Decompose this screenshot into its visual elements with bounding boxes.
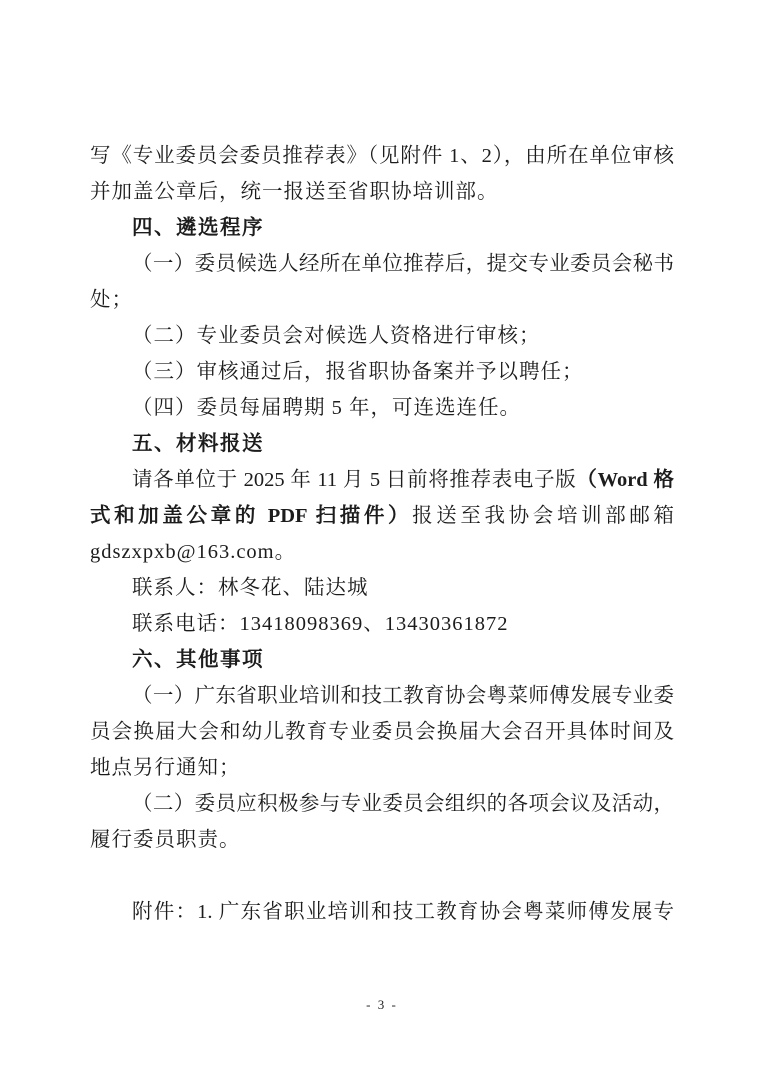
text-run: 请各单位于 2025 年 11 月 5 日前将推荐表电子版 (132, 469, 576, 491)
contact-phone-line: 联系电话：13418098369、13430361872 (90, 606, 674, 642)
text-line: （一）广东省职业培训和技工教育协会粤菜师傅发展专业委 (90, 678, 674, 714)
text-run: 写《专业委员会委员推荐表》（见附件 1、2），由所在单位审核 (90, 145, 674, 167)
text-run: （二）专业委员会对候选人资格进行审核； (132, 325, 541, 347)
text-run: 附件：1. 广东省职业培训和技工教育协会粤菜师傅发展专 (132, 901, 674, 923)
text-run: 履行委员职责。 (90, 829, 241, 851)
text-run: 并加盖公章后，统一报送至省职协培训部。 (90, 181, 499, 203)
text-line: （二）委员应积极参与专业委员会组织的各项会议及活动， (90, 786, 674, 822)
section-heading-4: 四、遴选程序 (90, 210, 674, 246)
text-run: gdszxpxb@163.com。 (90, 541, 296, 563)
text-line: 请各单位于 2025 年 11 月 5 日前将推荐表电子版（Word 格 (90, 462, 674, 498)
text-run: 地点另行通知； (90, 757, 241, 779)
contact-person-line: 联系人：林冬花、陆达城 (90, 570, 674, 606)
document-page: 写《专业委员会委员推荐表》（见附件 1、2），由所在单位审核并加盖公章后，统一报… (0, 0, 764, 1080)
text-run: （Word 格 (576, 469, 674, 491)
email-line: gdszxpxb@163.com。 (90, 534, 674, 570)
section-heading-6: 六、其他事项 (90, 642, 674, 678)
text-run: 联系人：林冬花、陆达城 (132, 577, 369, 599)
text-run: （二）委员应积极参与专业委员会组织的各项会议及活动， (132, 793, 674, 815)
text-run: 式和加盖公章的 PDF 扫描件） (90, 505, 412, 527)
page-number: - 3 - (0, 997, 764, 1013)
text-line: （二）专业委员会对候选人资格进行审核； (90, 318, 674, 354)
text-run: （一）委员候选人经所在单位推荐后，提交专业委员会秘书 (132, 253, 674, 275)
text-line: 写《专业委员会委员推荐表》（见附件 1、2），由所在单位审核 (90, 138, 674, 174)
text-run: （四）委员每届聘期 5 年，可连选连任。 (132, 397, 521, 419)
text-run: 联系电话：13418098369、13430361872 (132, 613, 509, 635)
document-body: 写《专业委员会委员推荐表》（见附件 1、2），由所在单位审核并加盖公章后，统一报… (90, 138, 674, 930)
text-run: 六、其他事项 (132, 648, 264, 671)
blank-line (90, 858, 674, 894)
text-line: （三）审核通过后，报省职协备案并予以聘任； (90, 354, 674, 390)
text-line: 履行委员职责。 (90, 822, 674, 858)
text-line: 地点另行通知； (90, 750, 674, 786)
text-line: 并加盖公章后，统一报送至省职协培训部。 (90, 174, 674, 210)
text-line: （一）委员候选人经所在单位推荐后，提交专业委员会秘书 (90, 246, 674, 282)
text-run: 报送至我协会培训部邮箱 (412, 505, 674, 527)
text-run: （三）审核通过后，报省职协备案并予以聘任； (132, 361, 584, 383)
text-line: 处； (90, 282, 674, 318)
text-line: 员会换届大会和幼儿教育专业委员会换届大会召开具体时间及 (90, 714, 674, 750)
text-line: （四）委员每届聘期 5 年，可连选连任。 (90, 390, 674, 426)
section-heading-5: 五、材料报送 (90, 426, 674, 462)
text-line: 式和加盖公章的 PDF 扫描件）报送至我协会培训部邮箱 (90, 498, 674, 534)
text-run: 员会换届大会和幼儿教育专业委员会换届大会召开具体时间及 (90, 721, 674, 743)
text-run: 五、材料报送 (132, 432, 264, 455)
attachment-line: 附件：1. 广东省职业培训和技工教育协会粤菜师傅发展专 (90, 894, 674, 930)
text-run: 四、遴选程序 (132, 216, 264, 239)
text-run: （一）广东省职业培训和技工教育协会粤菜师傅发展专业委 (132, 685, 674, 707)
text-run: 处； (90, 289, 133, 311)
